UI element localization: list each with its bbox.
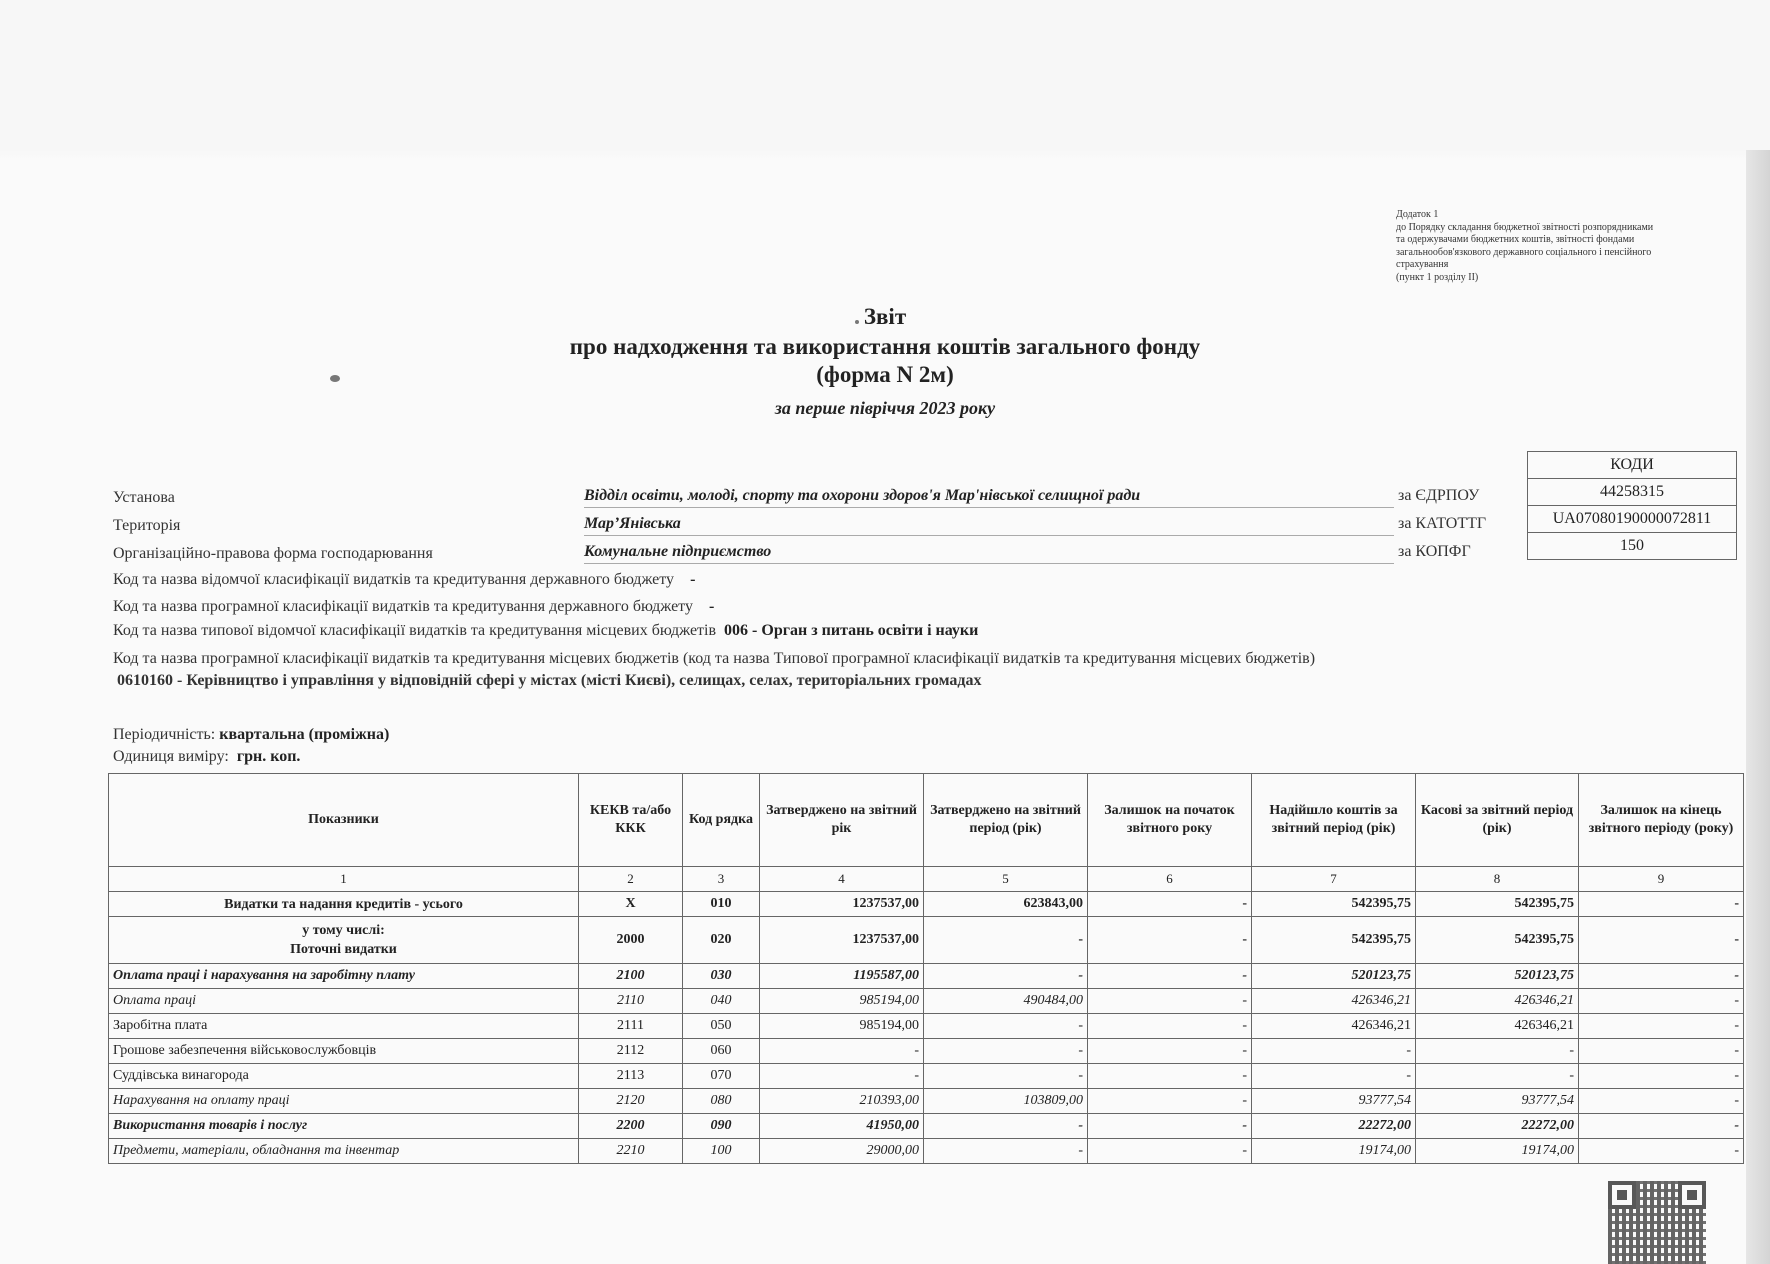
- cell-balance-end: -: [1579, 964, 1744, 989]
- cell-received: -: [1252, 1064, 1416, 1089]
- col-header: Затверджено на звітний період (рік): [924, 774, 1088, 867]
- row-indicator-name: Нарахування на оплату праці: [109, 1089, 579, 1114]
- periodicity-label: Періодичність:: [113, 726, 215, 743]
- cell-approved-year: 29000,00: [760, 1139, 924, 1164]
- dept-state-value: -: [690, 571, 695, 588]
- addendum-line: до Порядку складання бюджетної звітності…: [1396, 222, 1736, 235]
- codes-table: КОДИ 44258315 UA07080190000072811 150: [1527, 451, 1737, 560]
- territory-value: Мар’Янівська: [584, 515, 1394, 536]
- institution-label: Установа: [113, 489, 175, 507]
- addendum-line: страхування: [1396, 259, 1736, 272]
- code-label-kopfg: за КОПФГ: [1398, 543, 1471, 561]
- legal-form-value: Комунальне підприємство: [584, 543, 1394, 564]
- col-header: Затверджено на звітний рік: [760, 774, 924, 867]
- cell-received: 426346,21: [1252, 989, 1416, 1014]
- institution-value: Відділ освіти, молоді, спорту та охорони…: [584, 487, 1394, 508]
- cell-balance-start: -: [1088, 964, 1252, 989]
- cell-approved-year: 1195587,00: [760, 964, 924, 989]
- unit-label: Одиниця виміру:: [113, 748, 229, 765]
- row-name-line: у тому числі:: [113, 921, 574, 940]
- cell-approved-period: 490484,00: [924, 989, 1088, 1014]
- cell-balance-start: -: [1088, 1039, 1252, 1064]
- cell-cash: -: [1416, 1039, 1579, 1064]
- cell-code: 060: [683, 1039, 760, 1064]
- code-label-katottg: за КАТОТТГ: [1398, 515, 1486, 533]
- cell-balance-end: -: [1579, 1114, 1744, 1139]
- table-row: Заробітна плата2111050985194,00--426346,…: [109, 1014, 1744, 1039]
- cell-code: 090: [683, 1114, 760, 1139]
- qr-finder-pattern: [1678, 1181, 1706, 1209]
- table-row: Видатки та надання кредитів - усьогоX010…: [109, 892, 1744, 917]
- legal-form-label: Організаційно-правова форма господарюван…: [113, 545, 433, 563]
- cell-kekv: 2200: [579, 1114, 683, 1139]
- cell-kekv: 2120: [579, 1089, 683, 1114]
- cell-approved-year: -: [760, 1039, 924, 1064]
- table-row: Грошове забезпечення військовослужбовців…: [109, 1039, 1744, 1064]
- cell-code: 100: [683, 1139, 760, 1164]
- col-header: Показники: [109, 774, 579, 867]
- code-edrpou: 44258315: [1528, 479, 1737, 506]
- prog-local-classification: Код та назва програмної класифікації вид…: [113, 648, 1373, 692]
- col-header: Код рядка: [683, 774, 760, 867]
- cell-kekv: 2111: [579, 1014, 683, 1039]
- cell-code: 080: [683, 1089, 760, 1114]
- scanned-page: Додаток 1 до Порядку складання бюджетної…: [0, 0, 1770, 1264]
- cell-kekv: X: [579, 892, 683, 917]
- unit-value: грн. коп.: [237, 748, 301, 765]
- cell-cash: -: [1416, 1064, 1579, 1089]
- dept-state-label: Код та назва відомчої класифікації видат…: [113, 571, 674, 588]
- cell-balance-start: -: [1088, 892, 1252, 917]
- cell-balance-end: -: [1579, 1014, 1744, 1039]
- cell-cash: 542395,75: [1416, 892, 1579, 917]
- addendum-line: та одержувачами бюджетних коштів, звітно…: [1396, 234, 1736, 247]
- dept-local-value: 006 - Орган з питань освіти і науки: [724, 622, 978, 639]
- cell-received: 22272,00: [1252, 1114, 1416, 1139]
- cell-kekv: 2000: [579, 917, 683, 964]
- cell-code: 020: [683, 917, 760, 964]
- dept-local-classification: Код та назва типової відомчої класифікац…: [113, 622, 978, 640]
- cell-code: 070: [683, 1064, 760, 1089]
- code-kopfg: 150: [1528, 533, 1737, 560]
- row-indicator-name: Суддівська винагорода: [109, 1064, 579, 1089]
- cell-balance-end: -: [1579, 917, 1744, 964]
- cell-cash: 19174,00: [1416, 1139, 1579, 1164]
- cell-balance-end: -: [1579, 892, 1744, 917]
- col-header: Надійшло коштів за звітний період (рік): [1252, 774, 1416, 867]
- cell-balance-end: -: [1579, 1039, 1744, 1064]
- cell-cash: 426346,21: [1416, 989, 1579, 1014]
- cell-balance-end: -: [1579, 989, 1744, 1014]
- row-indicator-name: Грошове забезпечення військовослужбовців: [109, 1039, 579, 1064]
- row-indicator-name: Видатки та надання кредитів - усього: [109, 892, 579, 917]
- col-number: 1: [109, 867, 579, 892]
- unit-of-measure: Одиниця виміру: грн. коп.: [113, 748, 300, 766]
- prog-state-value: -: [709, 598, 714, 615]
- row-name-line: Поточні видатки: [113, 940, 574, 959]
- col-header: Касові за звітний період (рік): [1416, 774, 1579, 867]
- addendum-note: Додаток 1 до Порядку складання бюджетної…: [1396, 209, 1736, 284]
- col-number: 9: [1579, 867, 1744, 892]
- qr-code-icon: [1608, 1181, 1706, 1264]
- cell-cash: 520123,75: [1416, 964, 1579, 989]
- row-indicator-name: Використання товарів і послуг: [109, 1114, 579, 1139]
- column-number-row: 1 2 3 4 5 6 7 8 9: [109, 867, 1744, 892]
- prog-local-label: Код та назва програмної класифікації вид…: [113, 650, 1315, 667]
- territory-label: Територія: [113, 517, 180, 535]
- cell-cash: 93777,54: [1416, 1089, 1579, 1114]
- cell-kekv: 2210: [579, 1139, 683, 1164]
- row-indicator-name: Оплата праці: [109, 989, 579, 1014]
- cell-balance-start: -: [1088, 1064, 1252, 1089]
- cell-approved-period: -: [924, 1114, 1088, 1139]
- col-header: Залишок на початок звітного року: [1088, 774, 1252, 867]
- cell-balance-start: -: [1088, 1014, 1252, 1039]
- col-number: 3: [683, 867, 760, 892]
- cell-approved-period: -: [924, 1064, 1088, 1089]
- qr-finder-pattern: [1608, 1181, 1636, 1209]
- cell-received: -: [1252, 1039, 1416, 1064]
- cell-approved-period: 623843,00: [924, 892, 1088, 917]
- prog-state-classification: Код та назва програмної класифікації вид…: [113, 598, 714, 616]
- row-indicator-name: Предмети, матеріали, обладнання та інвен…: [109, 1139, 579, 1164]
- addendum-line: (пункт 1 розділу II): [1396, 272, 1736, 285]
- col-number: 4: [760, 867, 924, 892]
- cell-received: 520123,75: [1252, 964, 1416, 989]
- cell-approved-period: -: [924, 1139, 1088, 1164]
- cell-approved-year: 1237537,00: [760, 917, 924, 964]
- funds-report-table: Показники КЕКВ та/або ККК Код рядка Затв…: [108, 773, 1744, 1164]
- report-title: Звіт: [0, 304, 1770, 330]
- cell-received: 19174,00: [1252, 1139, 1416, 1164]
- row-name-line: Видатки та надання кредитів - усього: [113, 895, 574, 914]
- cell-received: 426346,21: [1252, 1014, 1416, 1039]
- periodicity-value: квартальна (проміжна): [219, 726, 389, 743]
- col-number: 6: [1088, 867, 1252, 892]
- col-number: 2: [579, 867, 683, 892]
- code-katottg: UA07080190000072811: [1528, 506, 1737, 533]
- cell-balance-end: -: [1579, 1064, 1744, 1089]
- col-number: 5: [924, 867, 1088, 892]
- cell-received: 93777,54: [1252, 1089, 1416, 1114]
- cell-balance-start: -: [1088, 1089, 1252, 1114]
- cell-approved-period: -: [924, 917, 1088, 964]
- report-subtitle: про надходження та використання коштів з…: [0, 334, 1770, 360]
- cell-cash: 22272,00: [1416, 1114, 1579, 1139]
- cell-balance-start: -: [1088, 989, 1252, 1014]
- cell-received: 542395,75: [1252, 917, 1416, 964]
- cell-balance-start: -: [1088, 1114, 1252, 1139]
- cell-approved-period: -: [924, 1039, 1088, 1064]
- dept-local-label: Код та назва типової відомчої класифікац…: [113, 622, 716, 639]
- cell-balance-start: -: [1088, 917, 1252, 964]
- cell-received: 542395,75: [1252, 892, 1416, 917]
- cell-approved-year: 1237537,00: [760, 892, 924, 917]
- cell-balance-end: -: [1579, 1089, 1744, 1114]
- addendum-line: загальнообов'язкового державного соціаль…: [1396, 247, 1736, 260]
- code-label-edrpou: за ЄДРПОУ: [1398, 487, 1479, 505]
- cell-approved-period: -: [924, 1014, 1088, 1039]
- col-number: 8: [1416, 867, 1579, 892]
- cell-approved-period: 103809,00: [924, 1089, 1088, 1114]
- cell-approved-period: -: [924, 964, 1088, 989]
- cell-kekv: 2100: [579, 964, 683, 989]
- codes-title: КОДИ: [1528, 452, 1737, 479]
- row-indicator-name: у тому числі:Поточні видатки: [109, 917, 579, 964]
- cell-approved-year: 210393,00: [760, 1089, 924, 1114]
- table-row: Оплата праці2110040985194,00490484,00-42…: [109, 989, 1744, 1014]
- table-row: Суддівська винагорода2113070------: [109, 1064, 1744, 1089]
- cell-code: 010: [683, 892, 760, 917]
- cell-kekv: 2113: [579, 1064, 683, 1089]
- cell-code: 050: [683, 1014, 760, 1039]
- table-row: Нарахування на оплату праці2120080210393…: [109, 1089, 1744, 1114]
- table-row: Використання товарів і послуг22000904195…: [109, 1114, 1744, 1139]
- col-header: Залишок на кінець звітного періоду (року…: [1579, 774, 1744, 867]
- cell-cash: 426346,21: [1416, 1014, 1579, 1039]
- cell-approved-year: -: [760, 1064, 924, 1089]
- cell-approved-year: 985194,00: [760, 1014, 924, 1039]
- table-header-row: Показники КЕКВ та/або ККК Код рядка Затв…: [109, 774, 1744, 867]
- prog-local-value: 0610160 - Керівництво і управління у від…: [117, 672, 981, 689]
- table-row: Оплата праці і нарахування на заробітну …: [109, 964, 1744, 989]
- cell-balance-end: -: [1579, 1139, 1744, 1164]
- report-form-number: (форма N 2м): [0, 362, 1770, 388]
- table-row: у тому числі:Поточні видатки200002012375…: [109, 917, 1744, 964]
- cell-code: 030: [683, 964, 760, 989]
- col-number: 7: [1252, 867, 1416, 892]
- table-row: Предмети, матеріали, обладнання та інвен…: [109, 1139, 1744, 1164]
- cell-kekv: 2112: [579, 1039, 683, 1064]
- cell-approved-year: 985194,00: [760, 989, 924, 1014]
- cell-balance-start: -: [1088, 1139, 1252, 1164]
- cell-code: 040: [683, 989, 760, 1014]
- addendum-line: Додаток 1: [1396, 209, 1736, 222]
- periodicity: Періодичність: квартальна (проміжна): [113, 726, 389, 744]
- cell-approved-year: 41950,00: [760, 1114, 924, 1139]
- col-header: КЕКВ та/або ККК: [579, 774, 683, 867]
- cell-cash: 542395,75: [1416, 917, 1579, 964]
- row-indicator-name: Оплата праці і нарахування на заробітну …: [109, 964, 579, 989]
- cell-kekv: 2110: [579, 989, 683, 1014]
- row-indicator-name: Заробітна плата: [109, 1014, 579, 1039]
- prog-state-label: Код та назва програмної класифікації вид…: [113, 598, 693, 615]
- dept-state-classification: Код та назва відомчої класифікації видат…: [113, 571, 695, 589]
- report-period: за перше півріччя 2023 року: [0, 398, 1770, 419]
